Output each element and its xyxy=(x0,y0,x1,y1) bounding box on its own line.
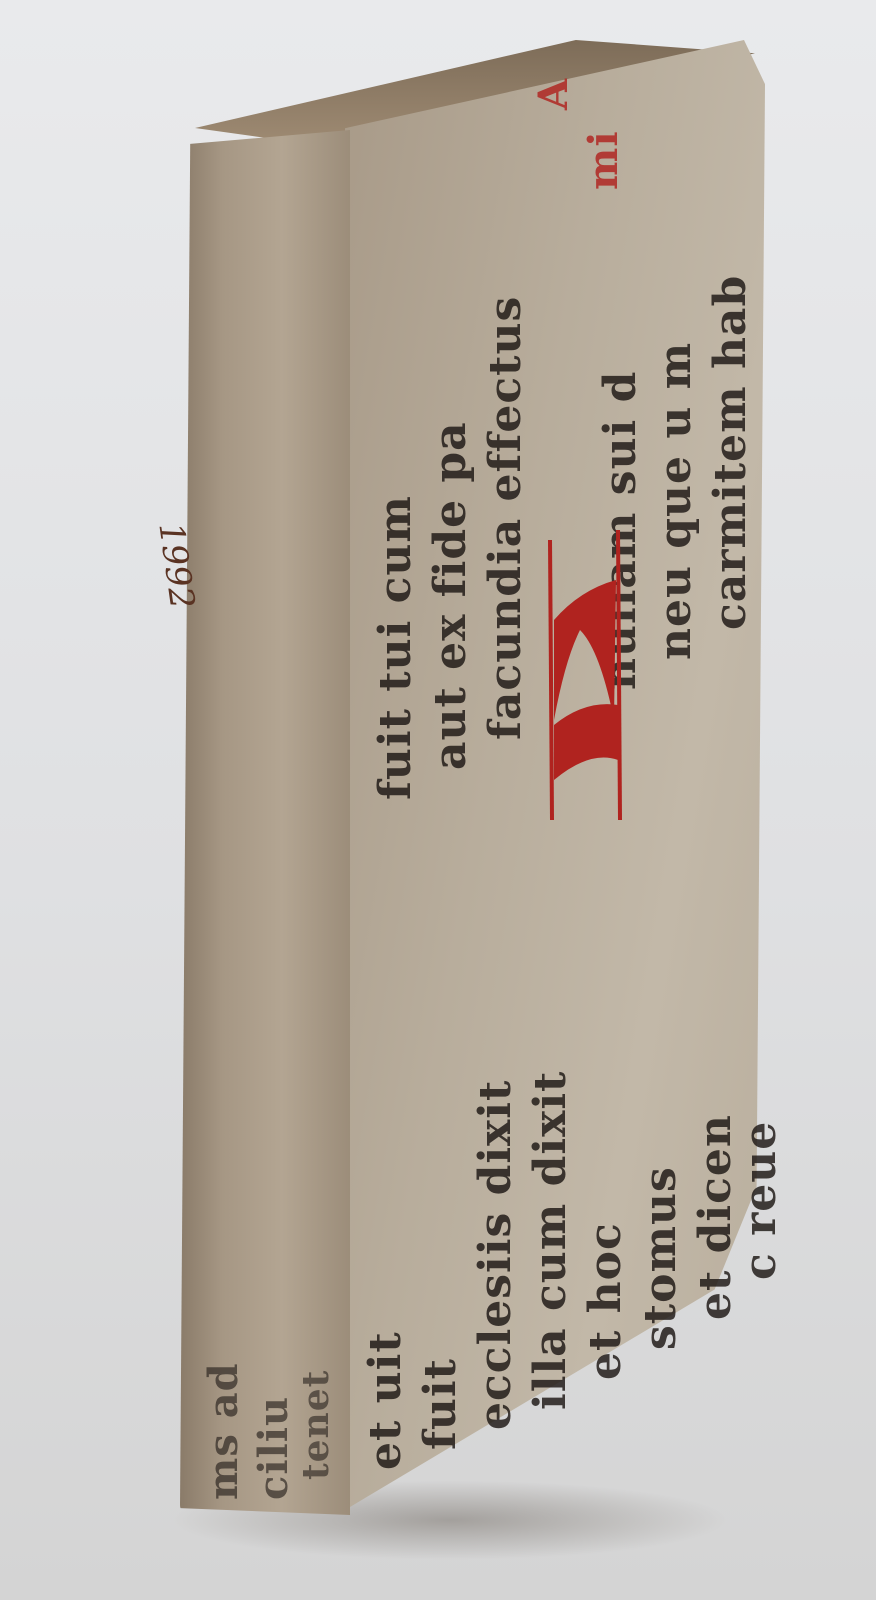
cover-text-line: et uit xyxy=(360,1331,411,1470)
spine-text: tenet xyxy=(295,1370,337,1480)
red-initial-icon xyxy=(540,520,630,820)
cover-text-line: fuit tui cum xyxy=(370,495,421,800)
cover-text-line: fuit xyxy=(415,1358,466,1450)
cover-text-line: c reue xyxy=(735,1121,786,1280)
rubric-letter: mi xyxy=(580,130,627,190)
cover-text-line: neu que u m xyxy=(650,342,701,660)
cover-text-line: aut ex fide pa xyxy=(425,421,476,770)
cover-text-line: facundia effectus xyxy=(480,296,531,740)
rubric-letter: A xyxy=(530,78,577,110)
cover-text-line: stomus xyxy=(635,1166,686,1350)
photo-scene: fuit tui cum aut ex fide pa facundia eff… xyxy=(0,0,876,1600)
book-spine xyxy=(180,130,350,1515)
cover-text-line: et dicen xyxy=(690,1114,741,1320)
cover-text-line: illa cum dixit xyxy=(525,1071,576,1410)
cover-text-line: et hoc xyxy=(580,1222,631,1380)
cover-text-line: carmitem hab xyxy=(705,275,756,630)
manuscript-bound-book: fuit tui cum aut ex fide pa facundia eff… xyxy=(0,0,876,1600)
cover-text-line: ecclesiis dixit xyxy=(470,1080,521,1430)
spine-text: ms ad xyxy=(200,1362,247,1500)
spine-text: ciliu xyxy=(250,1396,297,1500)
